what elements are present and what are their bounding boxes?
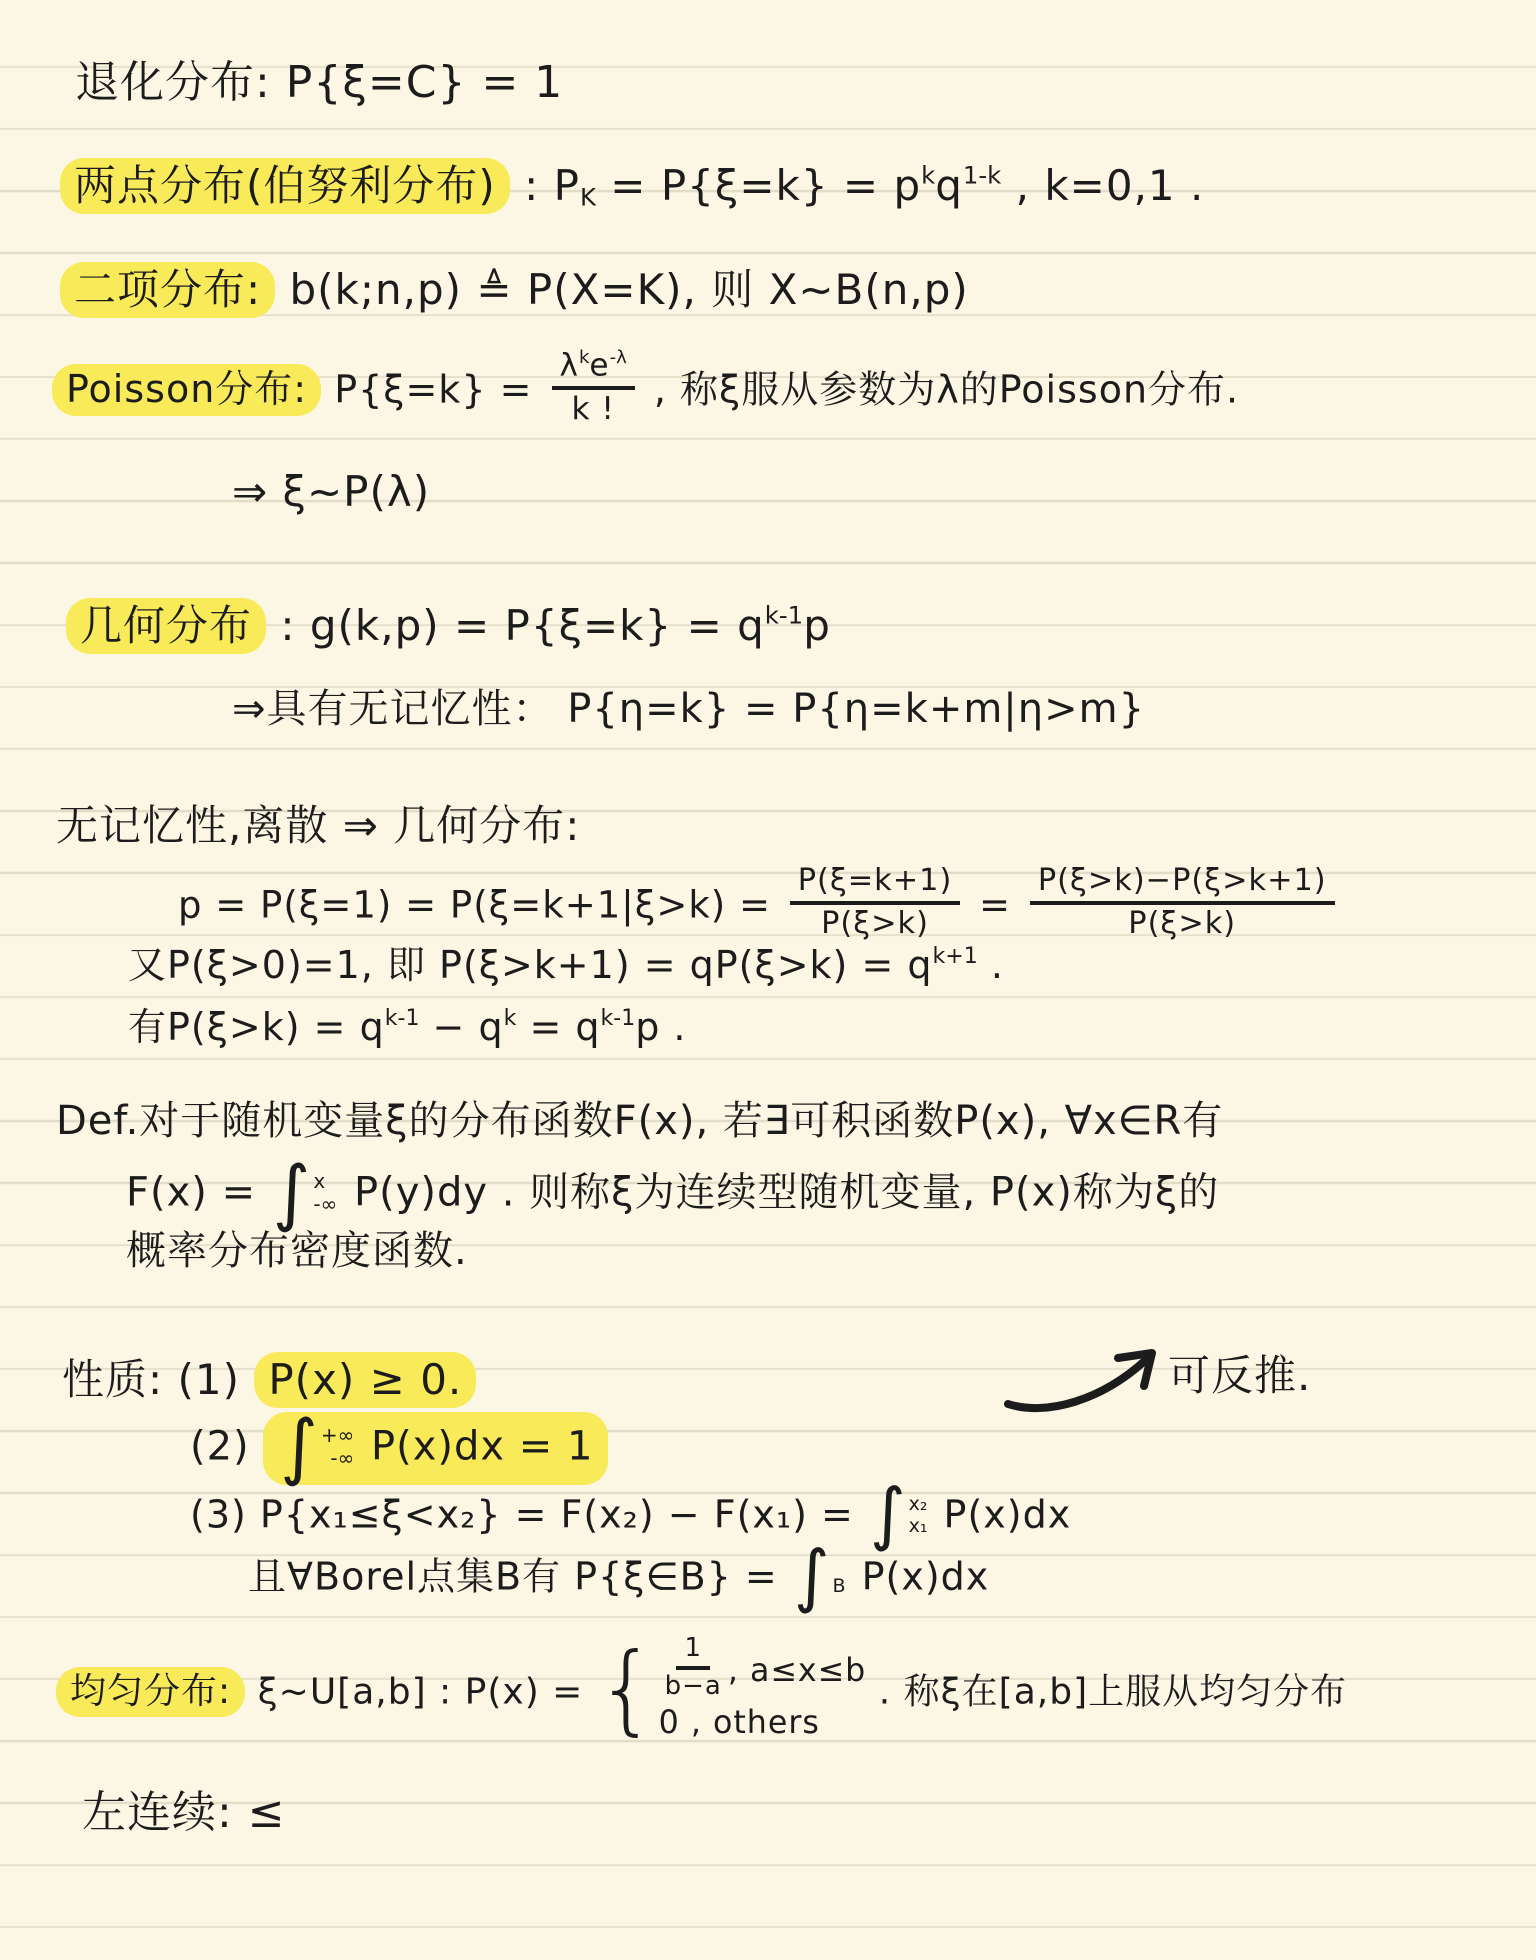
note-text: − q <box>419 1005 503 1049</box>
note-text: P(y)dy . 则称ξ为连续型随机变量, P(x)称为ξ的 <box>340 1169 1219 1215</box>
line-memoryless-implies-geometric: 无记忆性,离散 ⇒ 几何分布: <box>56 802 580 850</box>
fraction-denominator: P(ξ>k) <box>821 905 929 942</box>
note-text: P(ξ>k)−P(ξ>k+1) <box>1038 863 1327 898</box>
note-text: ⇒ ξ~P(λ) <box>232 467 430 516</box>
highlighted-term: 几何分布 <box>66 598 266 654</box>
note-text: 且∀Borel点集B有 P{ξ∈B} = <box>248 1554 791 1598</box>
line-memoryless-property: ⇒具有无记忆性： P{η=k} = P{η=k+m|η>m} <box>232 686 1145 732</box>
note-text: , 称ξ服从参数为λ的Poisson分布. <box>641 367 1239 411</box>
note-text: Def.对于随机变量ξ的分布函数F(x), 若∃可积函数P(x), ∀x∈R有 <box>56 1098 1223 1144</box>
line-borel-set: 且∀Borel点集B有 P{ξ∈B} = ∫B P(x)dx <box>248 1548 989 1610</box>
note-text: , k=0,1 . <box>1001 161 1204 210</box>
note-text: P(x)dx = 1 <box>357 1423 593 1469</box>
integral-limits: +∞-∞ <box>321 1424 354 1468</box>
fraction-denominator: P(ξ>k) <box>1128 905 1236 942</box>
highlighted-term: P(x) ≥ 0. <box>254 1352 476 1408</box>
line-poisson-distribution: Poisson分布: P{ξ=k} = λke-λk ! , 称ξ服从参数为λ的… <box>52 352 1239 432</box>
note-text: = P{ξ=k} = p <box>596 161 921 210</box>
note-text: P{ξ=k} = <box>321 367 545 411</box>
line-definition-continuous-rv-1: Def.对于随机变量ξ的分布函数F(x), 若∃可积函数P(x), ∀x∈R有 <box>56 1098 1223 1144</box>
note-text: b−a <box>665 1671 722 1701</box>
integral-lower-limit: B <box>832 1576 845 1598</box>
note-text: P(ξ>k) <box>821 906 929 941</box>
highlighted-term: 两点分布(伯努利分布) <box>60 158 510 214</box>
integral-upper-limit: +∞ <box>321 1424 354 1447</box>
fraction: P(ξ>k)−P(ξ>k+1)P(ξ>k) <box>1030 864 1335 942</box>
fraction-numerator: P(ξ=k+1) <box>790 864 961 905</box>
line-left-continuous: 左连续: ≤ <box>82 1788 286 1839</box>
note-text: e <box>589 347 609 383</box>
integral-lower-limit: x₁ <box>909 1516 928 1538</box>
integral-upper-limit: x₂ <box>909 1494 928 1516</box>
note-text: k <box>921 160 935 189</box>
note-text: : g(k,p) = P{ξ=k} = q <box>266 601 765 650</box>
line-definition-continuous-rv-2: F(x) = ∫x-∞ P(y)dy . 则称ξ为连续型随机变量, P(x)称为… <box>126 1162 1219 1227</box>
line-two-point-distribution: 两点分布(伯努利分布) : PK = P{ξ=k} = pkq1-k , k=0… <box>60 158 1204 214</box>
line-poisson-notation: ⇒ ξ~P(λ) <box>232 468 430 516</box>
note-text: -λ <box>610 347 627 368</box>
line-geometric-derivation-3: 有P(ξ>k) = qk-1 − qk = qk-1p . <box>128 1006 687 1050</box>
integral: ∫x₂x₁ <box>870 1484 928 1546</box>
fraction-denominator: b−a <box>665 1670 722 1702</box>
note-text: 概率分布密度函数. <box>126 1228 468 1274</box>
fraction-numerator: λke-λ <box>552 348 635 390</box>
line-degenerate-distribution: 退化分布: P{ξ=C} = 1 <box>75 58 563 109</box>
note-text: P(ξ=k+1) <box>798 863 953 898</box>
note-text: q <box>935 161 963 210</box>
line-property-3: (3) P{x₁≤ξ<x₂} = F(x₂) − F(x₁) = ∫x₂x₁ P… <box>190 1486 1071 1548</box>
note-text: 无记忆性,离散 ⇒ 几何分布: <box>56 801 580 850</box>
integral-lower-limit: -∞ <box>330 1447 354 1470</box>
note-text: . 称ξ在[a,b]上服从均匀分布 <box>866 1671 1347 1712</box>
note-text: k-1 <box>385 1006 420 1031</box>
note-text: 1 <box>684 1633 702 1663</box>
handwritten-notes-page: 退化分布: P{ξ=C} = 1两点分布(伯努利分布) : PK = P{ξ=k… <box>0 0 1536 1960</box>
note-text: 性质: (1) <box>62 1355 254 1404</box>
note-text: = <box>966 883 1024 926</box>
note-text: k-1 <box>600 1006 635 1031</box>
note-text: 左连续: ≤ <box>82 1787 286 1838</box>
note-text: k+1 <box>932 944 977 969</box>
note-text: p = P(ξ=1) = P(ξ=k+1|ξ>k) = <box>178 883 784 926</box>
note-text: k <box>579 347 589 368</box>
integral: ∫+∞-∞ <box>280 1414 354 1479</box>
line-binomial-distribution: 二项分布: b(k;n,p) ≜ P(X=K), 则 X~B(n,p) <box>60 262 969 318</box>
note-text: k <box>504 1006 517 1031</box>
cases-brace: { <box>596 1648 659 1731</box>
fraction: λke-λk ! <box>552 348 635 428</box>
highlighted-term: Poisson分布: <box>52 364 321 416</box>
integral: ∫B <box>794 1546 846 1608</box>
note-text: k ! <box>571 391 614 427</box>
integral-sign: ∫ <box>870 1484 907 1546</box>
note-text: p <box>803 601 831 650</box>
integral-lower-limit: -∞ <box>313 1193 337 1216</box>
integral-upper-limit: x <box>313 1170 325 1193</box>
line-geometric-distribution: 几何分布 : g(k,p) = P{ξ=k} = qk-1p <box>66 598 831 654</box>
note-text: . <box>978 943 1004 987</box>
note-text: P(x)dx <box>930 1492 1071 1536</box>
highlighted-formula: ∫+∞-∞ P(x)dx = 1 <box>263 1412 607 1485</box>
integral-limits: x₂x₁ <box>909 1494 928 1536</box>
fraction: P(ξ=k+1)P(ξ>k) <box>790 864 961 942</box>
note-text: P(ξ>k) <box>1128 906 1236 941</box>
note-text: (3) P{x₁≤ξ<x₂} = F(x₂) − F(x₁) = <box>190 1492 867 1536</box>
integral: ∫x-∞ <box>273 1160 337 1225</box>
highlighted-term: 二项分布: <box>60 262 275 318</box>
line-property-1: 性质: (1) P(x) ≥ 0. <box>62 1352 476 1408</box>
fraction-denominator: k ! <box>571 390 614 428</box>
note-text: ξ~U[a,b] : P(x) = <box>245 1671 596 1712</box>
note-text: 1-k <box>963 160 1001 189</box>
line-geometric-derivation-1: p = P(ξ=1) = P(ξ=k+1|ξ>k) = P(ξ=k+1)P(ξ>… <box>178 868 1341 946</box>
integral-limits: B <box>832 1556 845 1598</box>
fraction: 1b−a <box>665 1634 722 1702</box>
cases-rows: 1b−a , a≤x≤b0 , others <box>659 1638 867 1741</box>
note-text: 有P(ξ>k) = q <box>128 1005 385 1049</box>
note-text: (2) <box>190 1423 263 1469</box>
note-text: λ <box>560 347 579 383</box>
note-text: , a≤x≤b <box>728 1654 866 1689</box>
note-text: F(x) = <box>126 1169 270 1215</box>
note-text: k-1 <box>765 600 803 629</box>
cases-row: 0 , others <box>659 1706 820 1741</box>
line-reverse-inference: 可反推. <box>1168 1352 1311 1400</box>
curved-arrow-icon <box>1000 1340 1165 1435</box>
note-text: p . <box>635 1005 686 1049</box>
integral-sign: ∫ <box>273 1160 312 1225</box>
note-text: 退化分布: P{ξ=C} = 1 <box>75 57 563 108</box>
line-geometric-derivation-2: 又P(ξ>0)=1, 即 P(ξ>k+1) = qP(ξ>k) = qk+1 . <box>128 944 1004 988</box>
note-text: b(k;n,p) ≜ P(X=K), 则 X~B(n,p) <box>275 265 969 314</box>
highlighted-term: 均匀分布: <box>56 1667 245 1716</box>
integral-sign: ∫ <box>794 1546 831 1608</box>
note-text: 可反推. <box>1168 1351 1311 1400</box>
note-text: P(x)dx <box>849 1554 990 1598</box>
fraction-numerator: P(ξ>k)−P(ξ>k+1) <box>1030 864 1335 905</box>
fraction-numerator: 1 <box>676 1634 710 1670</box>
note-text: 又P(ξ>0)=1, 即 P(ξ>k+1) = qP(ξ>k) = q <box>128 943 932 987</box>
note-text: 0 , others <box>659 1706 820 1741</box>
integral-sign: ∫ <box>280 1414 319 1479</box>
note-text: ⇒具有无记忆性： P{η=k} = P{η=k+m|η>m} <box>232 686 1145 732</box>
line-property-2: (2) ∫+∞-∞ P(x)dx = 1 <box>190 1412 608 1485</box>
line-definition-continuous-rv-3: 概率分布密度函数. <box>126 1228 468 1274</box>
line-uniform-distribution: 均匀分布: ξ~U[a,b] : P(x) = {1b−a , a≤x≤b0 ,… <box>56 1642 1347 1745</box>
note-text: K <box>580 182 596 211</box>
cases-row: 1b−a , a≤x≤b <box>659 1638 867 1706</box>
note-text: : P <box>510 161 580 210</box>
note-text: = q <box>516 1005 600 1049</box>
integral-limits: x-∞ <box>313 1170 337 1214</box>
